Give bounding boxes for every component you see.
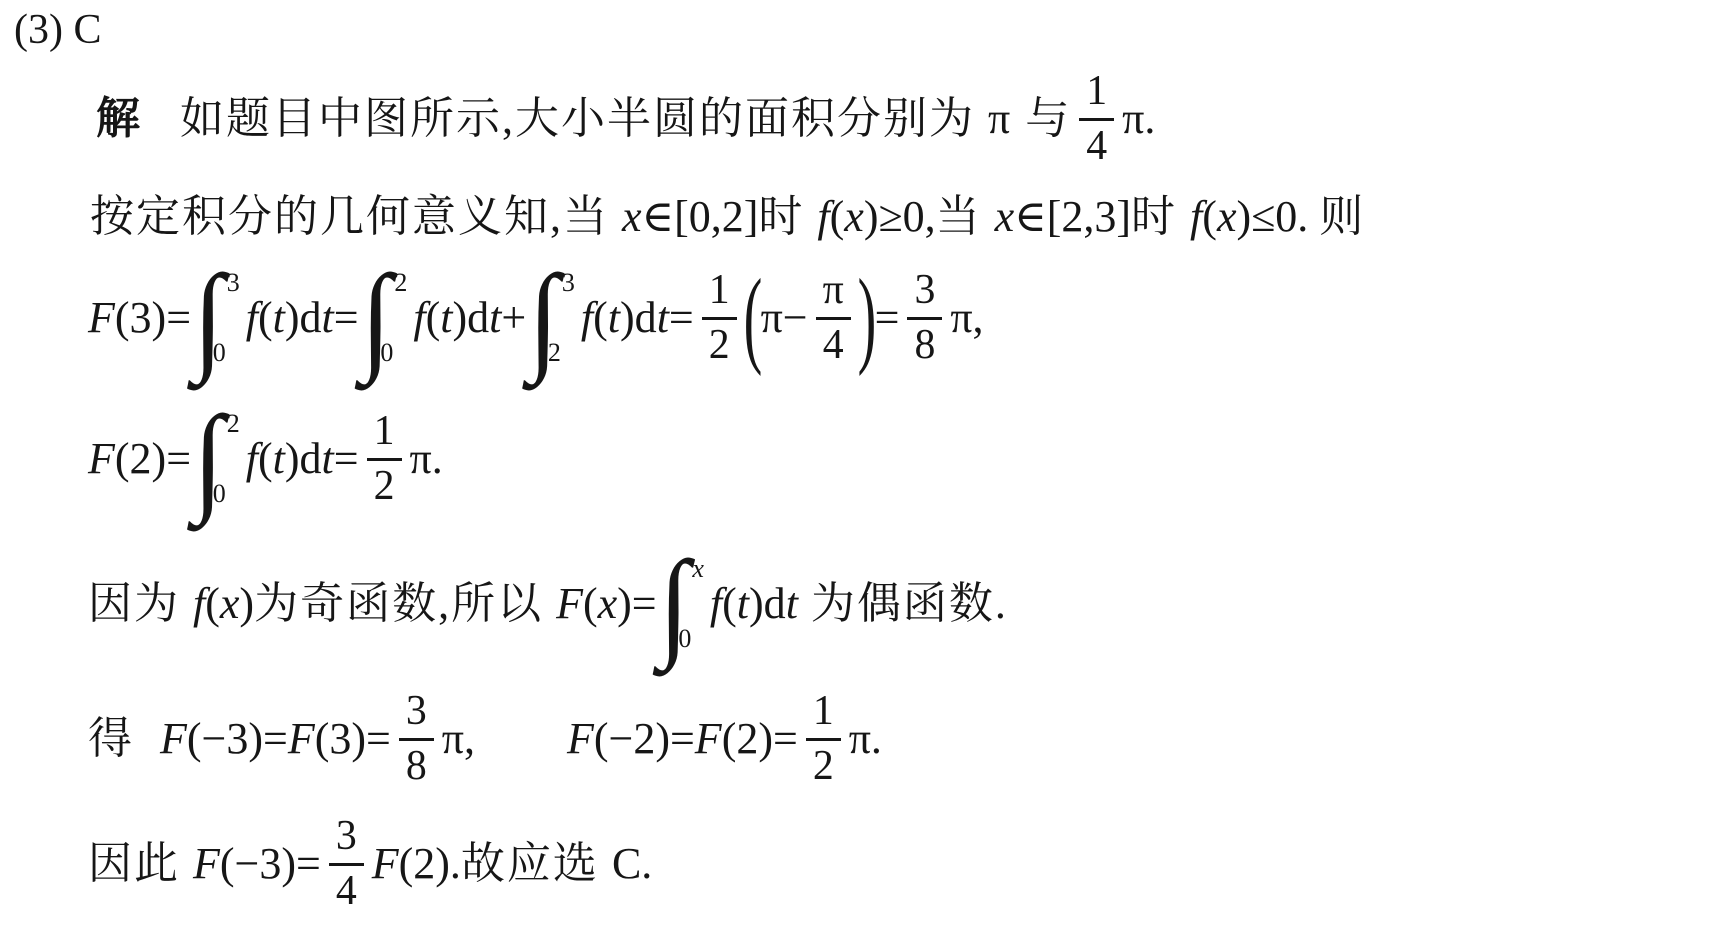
text-segment: ( — [593, 293, 608, 344]
text-segment: )≥0, — [864, 192, 936, 243]
text-segment: x — [598, 579, 618, 630]
text-segment: t — [273, 293, 285, 344]
fraction-numerator: 1 — [806, 689, 841, 740]
text-segment: π− — [761, 293, 808, 344]
text-segment: f — [710, 579, 722, 630]
text-segment: 当 — [936, 192, 995, 243]
solution-step-intro: 解如题目中图所示,大小半圆的面积分别为 π 与14π. — [96, 68, 1155, 170]
text-segment: F — [288, 714, 315, 765]
text-segment: t — [737, 579, 749, 630]
text-segment: (3)= — [315, 714, 391, 765]
text-segment: )= — [617, 579, 656, 630]
fraction: 12 — [806, 689, 841, 788]
text-segment: = — [875, 293, 900, 344]
integral-limits: 20 — [394, 270, 407, 366]
integral-sign-icon: ∫ — [361, 268, 392, 367]
equation-F2: F(2)=∫20f(t)dt=12π. — [88, 398, 443, 520]
text-segment: x — [220, 579, 240, 630]
integral-sign-icon: ∫ — [193, 409, 224, 508]
integral-upper-limit: x — [692, 556, 704, 582]
solution-document: { "colors": { "background": "#ffffff", "… — [0, 0, 1734, 938]
text-segment: t — [489, 293, 501, 344]
text-segment: (−3)= — [187, 714, 288, 765]
fraction-numerator: 1 — [1079, 69, 1114, 120]
text-segment: C. — [612, 839, 652, 890]
text-segment: )≤0. — [1236, 192, 1319, 243]
fraction-numerator: 1 — [702, 268, 737, 319]
integral-upper-limit: 2 — [227, 411, 240, 437]
solution-step-conclusion: 因此 F(−3)=34F(2).故应选 C. — [88, 808, 652, 920]
integral-sign-icon: ∫ — [528, 268, 559, 367]
text-segment: f — [246, 434, 258, 485]
text-segment: (2)= — [115, 434, 191, 485]
text-segment: π. — [849, 714, 882, 765]
text-segment: F — [567, 714, 594, 765]
integral-sign-icon: ∫ — [659, 554, 690, 653]
integral: ∫20 — [193, 406, 240, 512]
integral-limits: 30 — [227, 270, 240, 366]
text-segment: ( — [722, 579, 737, 630]
text-segment: x — [844, 192, 864, 243]
text-segment: ) — [239, 579, 254, 630]
solution-step-odd-even: 因为 f(x)为奇函数,所以 F(x)=∫x0f(t)dt 为偶函数. — [88, 548, 1008, 660]
text-segment: ∈[0,2] — [642, 192, 759, 243]
fraction-numerator: 3 — [329, 814, 364, 865]
text-segment: t — [440, 293, 452, 344]
text-segment: ∈[2,3] — [1014, 192, 1131, 243]
text-segment: ( — [1202, 192, 1217, 243]
text-segment: 解 — [96, 94, 142, 145]
text-segment: t — [786, 579, 798, 630]
fraction-denominator: 4 — [329, 866, 364, 914]
text-segment: (2)= — [722, 714, 798, 765]
text-segment: t — [657, 293, 669, 344]
text-segment: 按定积分的几何意义知,当 — [90, 192, 622, 243]
text-segment: f — [817, 192, 829, 243]
text-segment: = — [334, 293, 359, 344]
text-segment: f — [1190, 192, 1202, 243]
text-segment: (3)= — [115, 293, 191, 344]
fraction-numerator: 3 — [399, 689, 434, 740]
text-segment: f — [246, 293, 258, 344]
fraction-numerator: 3 — [907, 268, 942, 319]
text-segment: t — [322, 434, 334, 485]
text-segment: f — [193, 579, 205, 630]
fraction-denominator: 2 — [367, 461, 402, 509]
integral-sign-icon: ∫ — [193, 268, 224, 367]
text-segment: F — [695, 714, 722, 765]
text-segment: f — [413, 293, 425, 344]
integral: ∫32 — [528, 265, 575, 371]
fraction: 38 — [399, 689, 434, 788]
fraction: π4 — [816, 268, 851, 367]
text-segment: ( — [426, 293, 441, 344]
text-segment: F — [88, 434, 115, 485]
text-segment: π, — [950, 293, 983, 344]
text-segment: )d — [620, 293, 657, 344]
text-segment: (3) C — [14, 6, 102, 54]
text-segment: ( — [830, 192, 845, 243]
integral-limits: 20 — [227, 411, 240, 507]
integral-upper-limit: 2 — [394, 270, 407, 296]
text-segment: 则 — [1319, 192, 1365, 243]
text-segment: 故应选 — [461, 839, 612, 890]
text-segment: 得 — [88, 714, 160, 765]
answer-line: (3) C — [14, 4, 102, 56]
integral: ∫30 — [193, 265, 240, 371]
integral: ∫20 — [361, 265, 408, 371]
text-segment: 时 — [758, 192, 817, 243]
text-segment: )d — [749, 579, 786, 630]
fraction: 38 — [907, 268, 942, 367]
fraction: 12 — [702, 268, 737, 367]
text-segment: t — [608, 293, 620, 344]
text-segment: ( — [205, 579, 220, 630]
integral: ∫x0 — [659, 551, 704, 657]
text-segment: 为偶函数. — [798, 579, 1008, 630]
fraction-numerator: π — [816, 268, 851, 319]
fraction: 34 — [329, 814, 364, 913]
text-segment: )d — [285, 293, 322, 344]
text-segment: 因为 — [88, 579, 193, 630]
text-segment: ( — [258, 434, 273, 485]
fraction-numerator: 1 — [367, 409, 402, 460]
text-segment: + — [501, 293, 526, 344]
text-segment: F — [372, 839, 399, 890]
solution-step-geometric-meaning: 按定积分的几何意义知,当 x∈[0,2]时 f(x)≥0,当 x∈[2,3]时 … — [90, 182, 1365, 252]
text-segment: π. — [410, 434, 443, 485]
integral-upper-limit: 3 — [227, 270, 240, 296]
fraction-denominator: 4 — [816, 320, 851, 368]
text-segment: x — [995, 192, 1015, 243]
fraction-denominator: 2 — [702, 320, 737, 368]
text-segment: π, — [442, 714, 475, 765]
text-segment: ( — [258, 293, 273, 344]
text-segment: )d — [452, 293, 489, 344]
text-segment: F — [160, 714, 187, 765]
text-segment: )d — [285, 434, 322, 485]
integral-limits: 32 — [562, 270, 575, 366]
text-segment: F — [193, 839, 220, 890]
equation-F3: F(3)=∫30f(t)dt=∫20f(t)dt+∫32f(t)dt=12(π−… — [88, 262, 984, 374]
text-segment: 因此 — [88, 839, 193, 890]
fraction-denominator: 8 — [907, 320, 942, 368]
fraction: 14 — [1079, 69, 1114, 168]
text-segment: 为奇函数,所以 — [254, 579, 556, 630]
text-segment: ( — [583, 579, 598, 630]
integral-upper-limit: 3 — [562, 270, 575, 296]
fraction-denominator: 4 — [1079, 121, 1114, 169]
text-segment: f — [581, 293, 593, 344]
text-segment: F — [556, 579, 583, 630]
text-segment: x — [1217, 192, 1237, 243]
text-segment: (−3)= — [220, 839, 321, 890]
text-segment: 如题目中图所示,大小半圆的面积分别为 π 与 — [180, 94, 1071, 145]
text-segment: 时 — [1131, 192, 1190, 243]
fraction-denominator: 2 — [806, 741, 841, 789]
integral-limits: x0 — [692, 556, 704, 652]
fraction: 12 — [367, 409, 402, 508]
fraction-denominator: 8 — [399, 741, 434, 789]
text-segment: = — [669, 293, 694, 344]
text-segment: = — [334, 434, 359, 485]
text-segment: t — [273, 434, 285, 485]
text-segment: (−2)= — [594, 714, 695, 765]
text-segment: (2). — [399, 839, 461, 890]
text-segment: t — [322, 293, 334, 344]
solution-step-values: 得 F(−3)=F(3)=38π,F(−2)=F(2)=12π. — [88, 682, 882, 796]
text-segment: F — [88, 293, 115, 344]
text-segment: x — [622, 192, 642, 243]
text-segment: π. — [1122, 94, 1155, 145]
